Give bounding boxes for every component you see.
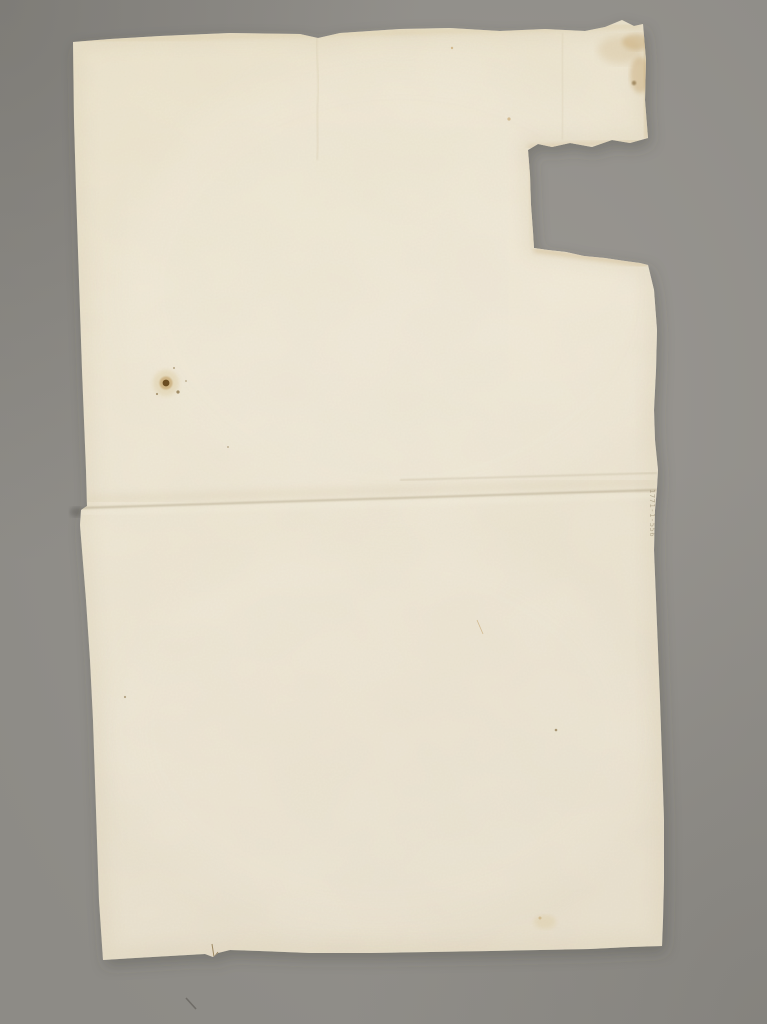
artwork-photo: 1771-1-556 (0, 0, 767, 1024)
photo-canvas: 1771-1-556 (0, 0, 767, 1024)
